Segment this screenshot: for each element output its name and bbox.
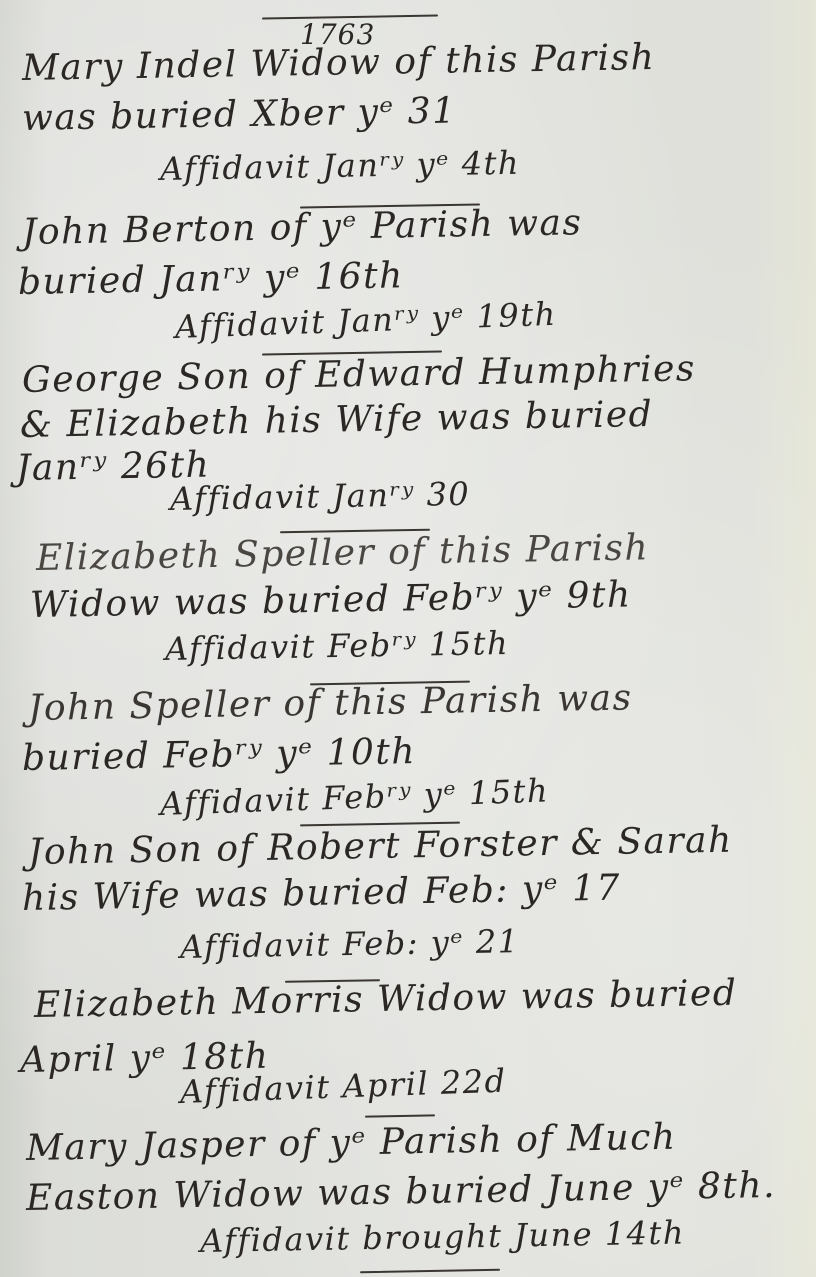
entry-4-line-2: Widow was buried Febʳʸ yᵉ 9th	[30, 575, 632, 626]
entry-4-line-1: Elizabeth Speller of this Parish	[36, 527, 650, 579]
entry-3-line-2: & Elizabeth his Wife was buried	[20, 394, 654, 446]
entry-7-line-1: Elizabeth Morris Widow was buried	[34, 973, 738, 1026]
entry-2-affidavit: Affidavit Janʳʸ yᵉ 19th	[174, 295, 557, 346]
entry-1-line-2: was buried Xber yᵉ 31	[22, 90, 457, 139]
entry-1-line-1: Mary Indel Widow of this Parish	[22, 37, 656, 89]
entry-5-line-2: buried Febʳʸ yᵉ 10th	[22, 731, 417, 779]
divider	[365, 1114, 435, 1117]
entry-1-affidavit: Affidavit Janʳʸ yᵉ 4th	[160, 144, 521, 188]
entry-4-affidavit: Affidavit Febʳʸ 15th	[165, 624, 510, 668]
entry-2-line-1: John Berton of yᵉ Parish was	[22, 202, 583, 253]
entry-2-line-2: buried Janʳʸ yᵉ 16th	[18, 255, 404, 303]
register-page: 1763 Mary Indel Widow of this Parish was…	[0, 0, 816, 1277]
divider	[360, 1269, 500, 1273]
entry-6-affidavit: Affidavit Feb: yᵉ 21	[180, 922, 520, 966]
entry-3-affidavit: Affidavit Janʳʸ 30	[170, 475, 471, 518]
entry-3-line-1: George Son of Edward Humphries	[22, 348, 697, 401]
entry-6-line-1: John Son of Robert Forster & Sarah	[28, 820, 733, 873]
entry-5-line-1: John Speller of this Parish was	[28, 677, 633, 729]
entry-8-line-2: Easton Widow was buried June yᵉ 8th.	[26, 1165, 777, 1219]
entry-8-affidavit: Affidavit brought June 14th	[200, 1214, 686, 1260]
entry-8-line-1: Mary Jasper of yᵉ Parish of Much	[26, 1117, 677, 1169]
entry-6-line-2: his Wife was buried Feb: yᵉ 17	[22, 868, 622, 919]
entry-5-affidavit: Affidavit Febʳʸ yᵉ 15th	[159, 771, 549, 823]
